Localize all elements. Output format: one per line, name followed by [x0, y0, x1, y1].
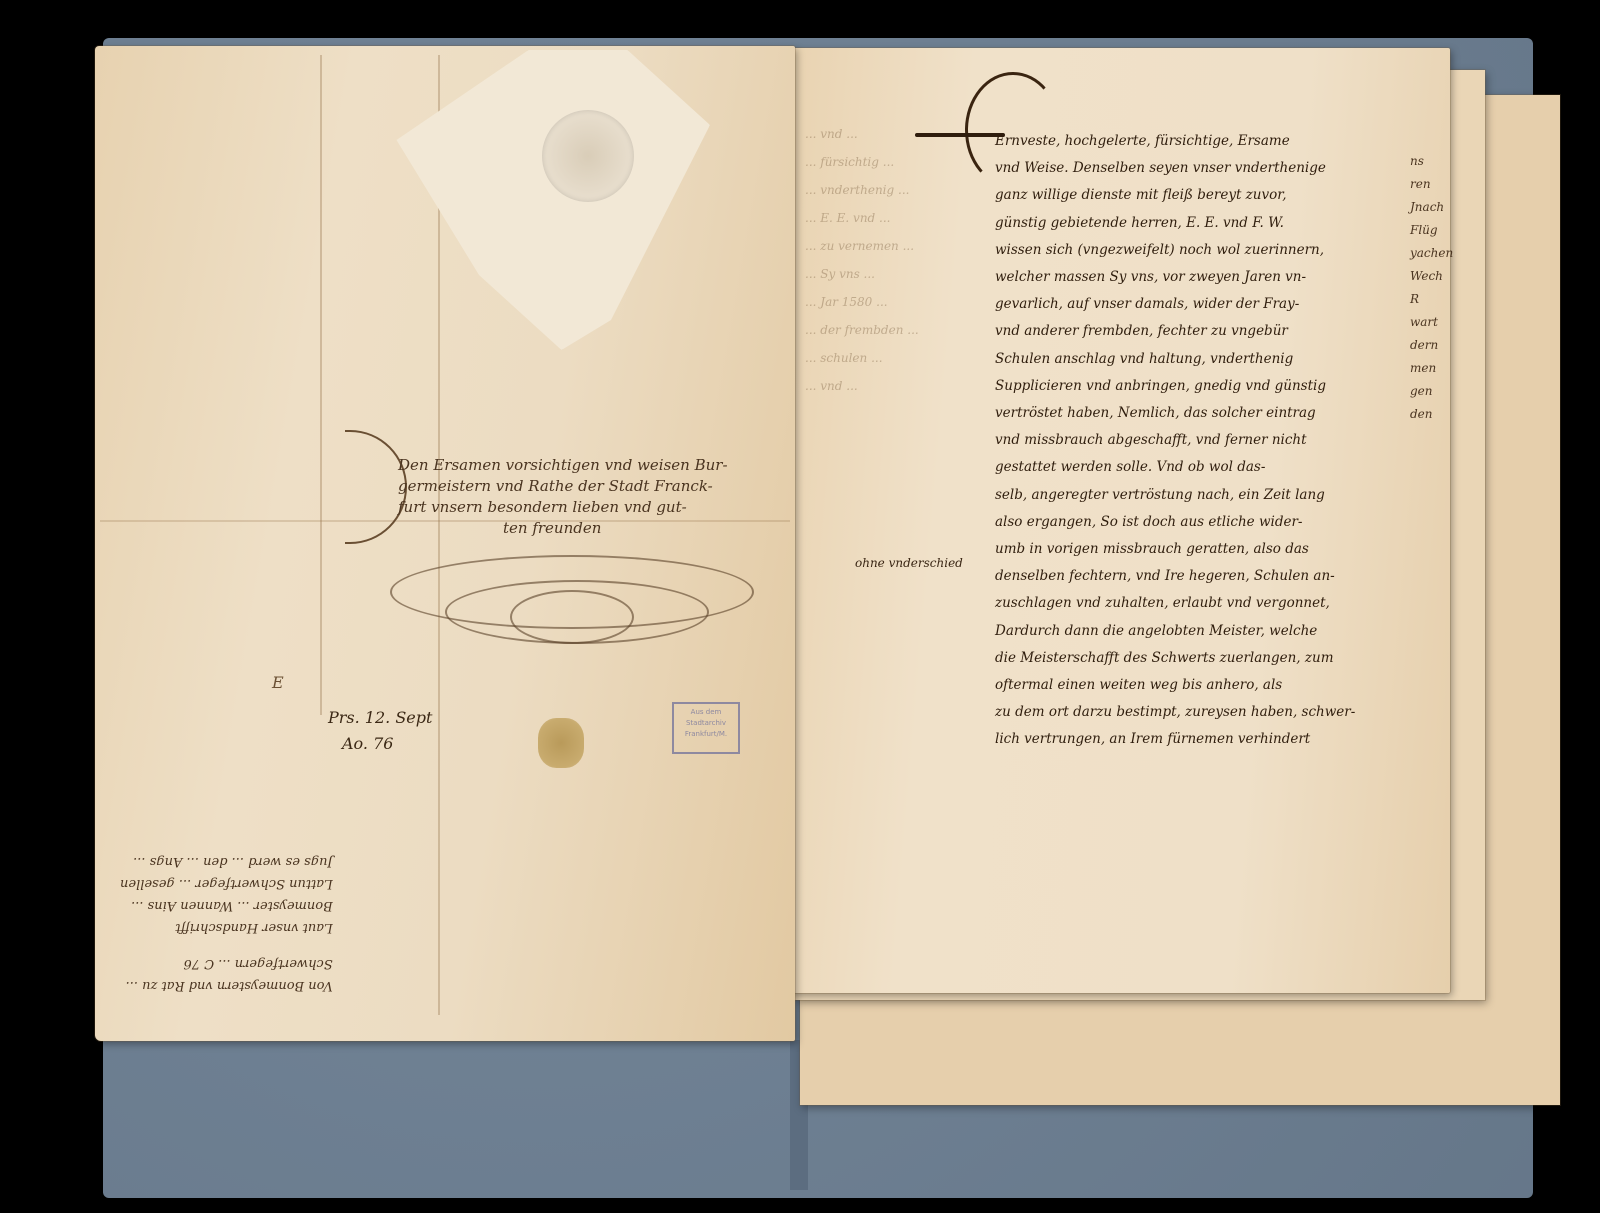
archival-marker: E [272, 673, 284, 692]
body-line: Dardurch dann die angelobten Meister, we… [995, 618, 1355, 645]
body-line: vnd missbrauch abgeschafft, vnd ferner n… [995, 427, 1355, 454]
body-line: Ernveste, hochgelerte, fürsichtige, Ersa… [995, 128, 1355, 155]
body-line: umb in vorigen missbrauch geratten, also… [995, 536, 1355, 563]
body-line: zuschlagen vnd zuhalten, erlaubt vnd ver… [995, 590, 1355, 617]
body-line: günstig gebietende herren, E. E. vnd F. … [995, 210, 1355, 237]
docket-line: Ao. 76 [328, 731, 432, 757]
fold-crease [320, 55, 322, 715]
body-line: ganz willige dienste mit fleiß bereyt zu… [995, 182, 1355, 209]
underlying-sheet-edge-text: ns ren Jnach Flüg yachen Wech R wart der… [1410, 150, 1453, 426]
address-block: Den Ersamen vorsichtigen vnd weisen Bur-… [398, 455, 728, 539]
upside-down-endorsement: Von Bonmeystern vnd Rat zu ... Schwertfe… [120, 850, 333, 996]
docket-line: Prs. 12. Sept [328, 705, 432, 731]
body-line: selb, angeregter vertröstung nach, ein Z… [995, 482, 1355, 509]
wax-seal-remnant [538, 718, 584, 768]
initial-stroke [915, 133, 1005, 137]
body-line: Supplicieren vnd anbringen, gnedig vnd g… [995, 373, 1355, 400]
paper-seal-wafer [542, 110, 634, 202]
body-line: welcher massen Sy vns, vor zweyen Jaren … [995, 264, 1355, 291]
address-line: ten freunden [398, 518, 728, 539]
body-line: gevarlich, auf vnser damals, wider der F… [995, 291, 1355, 318]
body-line: Schulen anschlag vnd haltung, vndertheni… [995, 346, 1355, 373]
receipt-docket: Prs. 12. Sept Ao. 76 [328, 705, 432, 757]
body-line: vertröstet haben, Nemlich, das solcher e… [995, 400, 1355, 427]
address-line: germeistern vnd Rathe der Stadt Franck- [398, 476, 728, 497]
body-line: lich vertrungen, an Irem fürnemen verhin… [995, 726, 1355, 753]
body-line: wissen sich (vngezweifelt) noch wol zuer… [995, 237, 1355, 264]
body-line: gestattet werden solle. Vnd ob wol das- [995, 454, 1355, 481]
body-line: die Meisterschafft des Schwerts zuerlang… [995, 645, 1355, 672]
body-line: zu dem ort darzu bestimpt, zureysen habe… [995, 699, 1355, 726]
address-line: Den Ersamen vorsichtigen vnd weisen Bur- [398, 455, 728, 476]
address-line: furt vnsern besondern lieben vnd gut- [398, 497, 728, 518]
calligraphic-flourish [510, 590, 634, 644]
body-line: vnd Weise. Denselben seyen vnser vnderth… [995, 155, 1355, 182]
ink-show-through: ... vnd ... ... fürsichtig ... ... vnder… [805, 120, 919, 400]
margin-note: ohne vnderschied [855, 556, 963, 570]
body-line: denselben fechtern, vnd Ire hegeren, Sch… [995, 563, 1355, 590]
archive-stamp: Aus dem Stadtarchiv Frankfurt/M. [672, 702, 740, 754]
body-line: oftermal einen weiten weg bis anhero, al… [995, 672, 1355, 699]
letter-body: Ernveste, hochgelerte, fürsichtige, Ersa… [995, 128, 1355, 754]
body-line: also ergangen, So ist doch aus etliche w… [995, 509, 1355, 536]
body-line: vnd anderer frembden, fechter zu vngebür [995, 318, 1355, 345]
